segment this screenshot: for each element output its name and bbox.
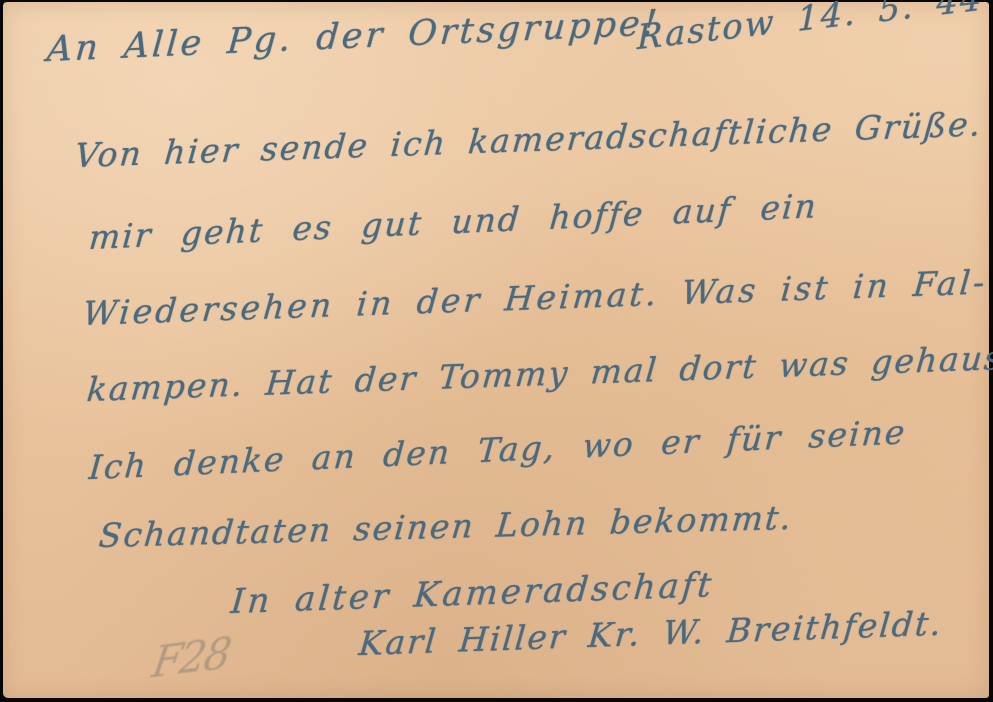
pencil-collector-mark: F28 bbox=[149, 628, 233, 688]
place-date-line: Rastow 14. 5. 44 bbox=[637, 0, 984, 58]
handwriting-line: Wiedersehen in der Heimat. Was ist in Fa… bbox=[81, 262, 989, 333]
postcard-photo: An Alle Pg. der Ortsgruppe! Rastow 14. 5… bbox=[0, 0, 993, 702]
salutation-line: An Alle Pg. der Ortsgruppe! bbox=[45, 3, 661, 70]
postcard-paper: An Alle Pg. der Ortsgruppe! Rastow 14. 5… bbox=[3, 2, 989, 698]
handwriting-line: mir geht es gut und hoffe auf ein bbox=[87, 186, 819, 257]
handwriting-line: Von hier sende ich kameradschaftliche Gr… bbox=[73, 104, 984, 175]
handwriting-line: kampen. Hat der Tommy mal dort was gehau… bbox=[85, 337, 993, 409]
handwriting-line: Schandtaten seinen Lohn bekommt. bbox=[97, 498, 795, 555]
handwriting-line: Ich denke an den Tag, wo er für seine bbox=[87, 412, 907, 487]
